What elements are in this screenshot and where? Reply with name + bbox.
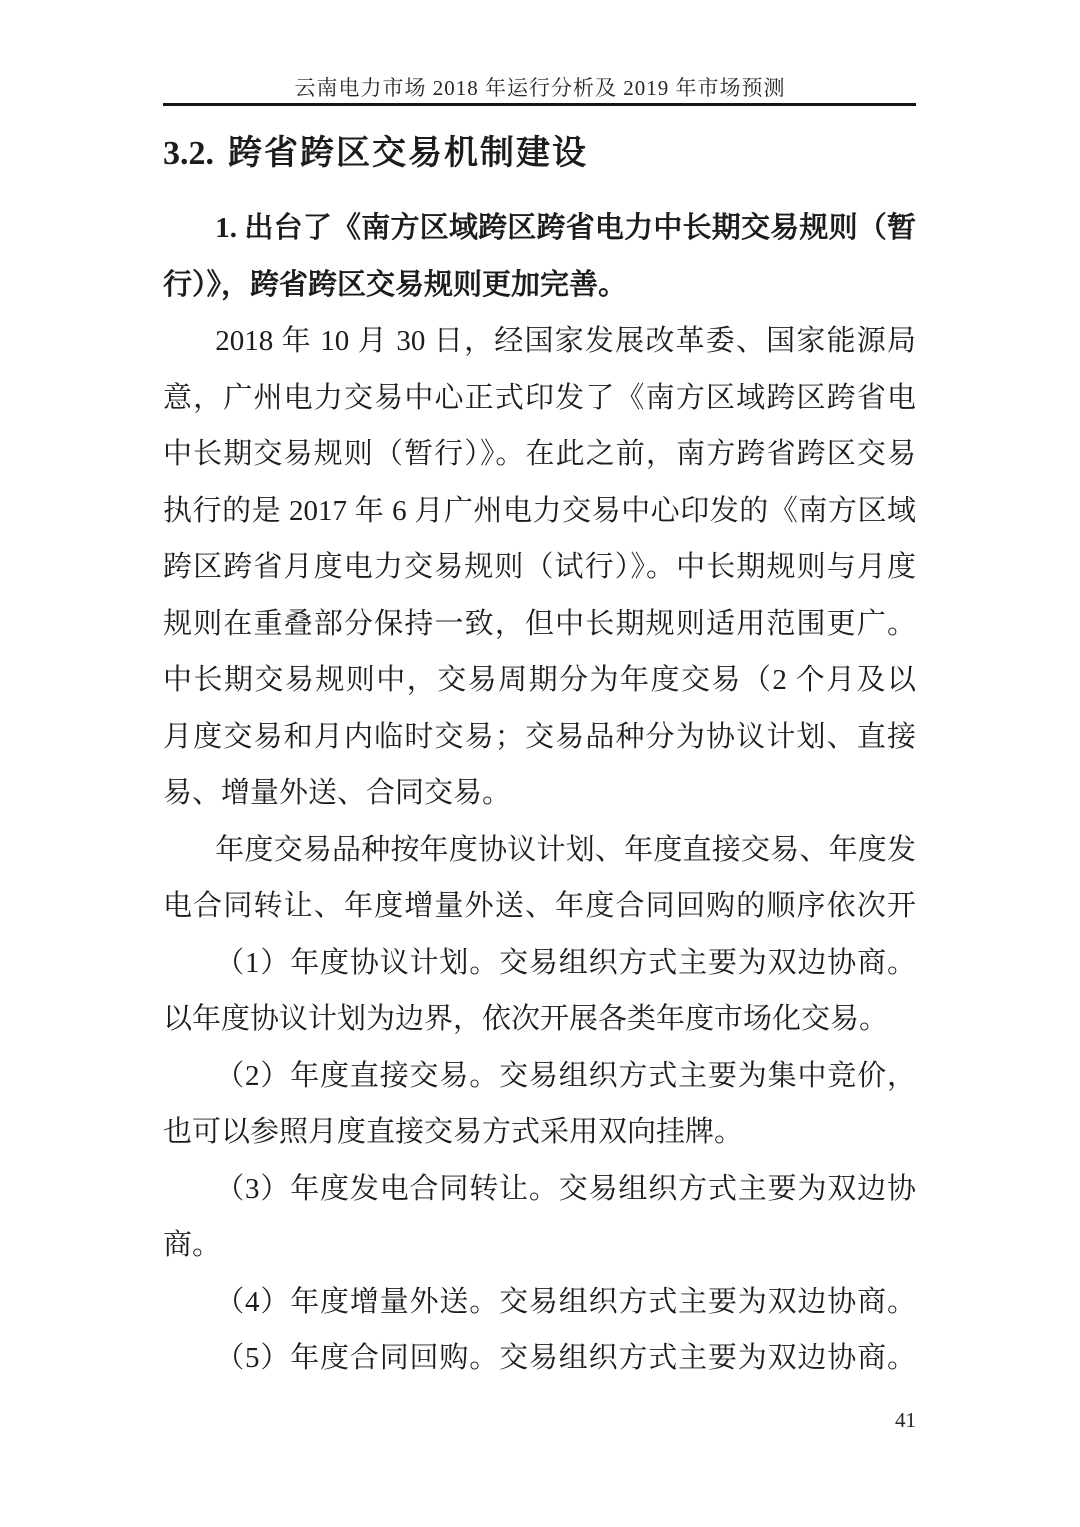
- body-line: （5）年度合同回购。交易组织方式主要为双边协商。: [163, 1330, 916, 1387]
- body-line: 年度交易品种按年度协议计划、年度直接交易、年度发: [163, 822, 916, 879]
- document-page: 云南电力市场 2018 年运行分析及 2019 年市场预测 3.2.跨省跨区交易…: [0, 0, 1080, 1527]
- body-line: （2）年度直接交易。交易组织方式主要为集中竞价，: [163, 1048, 916, 1105]
- body-line: 2018 年 10 月 30 日，经国家发展改革委、国家能源局同: [163, 313, 916, 370]
- body-line: （1）年度协议计划。交易组织方式主要为双边协商。: [163, 935, 916, 992]
- body-line: 中长期交易规则（暂行）》。在此之前，南方跨省跨区交易: [163, 426, 916, 483]
- section-number: 3.2.: [163, 135, 214, 172]
- paragraph-item-3: （3）年度发电合同转让。交易组织方式主要为双边协 商。: [163, 1161, 916, 1274]
- running-header: 云南电力市场 2018 年运行分析及 2019 年市场预测: [0, 72, 1080, 102]
- body-line: 易、增量外送、合同交易。: [163, 765, 916, 822]
- header-rule: [163, 103, 916, 106]
- section-heading: 3.2.跨省跨区交易机制建设: [163, 131, 916, 176]
- body-line: 商。: [163, 1217, 916, 1274]
- body-line: 行）》，跨省跨区交易规则更加完善。: [163, 257, 916, 314]
- paragraph-item-2: （2）年度直接交易。交易组织方式主要为集中竞价， 也可以参照月度直接交易方式采用…: [163, 1048, 916, 1161]
- paragraph-background: 2018 年 10 月 30 日，经国家发展改革委、国家能源局同 意，广州电力交…: [163, 313, 916, 822]
- paragraph-item-5: （5）年度合同回购。交易组织方式主要为双边协商。: [163, 1330, 916, 1387]
- body-line: 执行的是 2017 年 6 月广州电力交易中心印发的《南方区域: [163, 483, 916, 540]
- body-line: （3）年度发电合同转让。交易组织方式主要为双边协: [163, 1161, 916, 1218]
- body-line: 电合同转让、年度增量外送、年度合同回购的顺序依次开展：: [163, 878, 916, 935]
- paragraph-item-4: （4）年度增量外送。交易组织方式主要为双边协商。: [163, 1274, 916, 1331]
- paragraph-item-1: （1）年度协议计划。交易组织方式主要为双边协商。 以年度协议计划为边界，依次开展…: [163, 935, 916, 1048]
- body-line: 1. 出台了《南方区域跨区跨省电力中长期交易规则（暂: [163, 200, 916, 257]
- paragraph-annual-sequence: 年度交易品种按年度协议计划、年度直接交易、年度发 电合同转让、年度增量外送、年度…: [163, 822, 916, 935]
- body-line: 也可以参照月度直接交易方式采用双向挂牌。: [163, 1104, 916, 1161]
- body-line: 以年度协议计划为边界，依次开展各类年度市场化交易。: [163, 991, 916, 1048]
- page-number: 41: [163, 1405, 916, 1435]
- body-line: 规则在重叠部分保持一致，但中长期规则适用范围更广。在: [163, 596, 916, 653]
- paragraph-intro-bold: 1. 出台了《南方区域跨区跨省电力中长期交易规则（暂 行）》，跨省跨区交易规则更…: [163, 200, 916, 313]
- body-line: 意，广州电力交易中心正式印发了《南方区域跨区跨省电力: [163, 370, 916, 427]
- body-line: （4）年度增量外送。交易组织方式主要为双边协商。: [163, 1274, 916, 1331]
- body-text: 1. 出台了《南方区域跨区跨省电力中长期交易规则（暂 行）》，跨省跨区交易规则更…: [163, 200, 916, 1387]
- body-line: 月度交易和月内临时交易；交易品种分为协议计划、直接交: [163, 709, 916, 766]
- body-line: 跨区跨省月度电力交易规则（试行）》。中长期规则与月度: [163, 539, 916, 596]
- body-line: 中长期交易规则中，交易周期分为年度交易（2 个月及以上）、: [163, 652, 916, 709]
- section-title: 跨省跨区交易机制建设: [228, 134, 588, 172]
